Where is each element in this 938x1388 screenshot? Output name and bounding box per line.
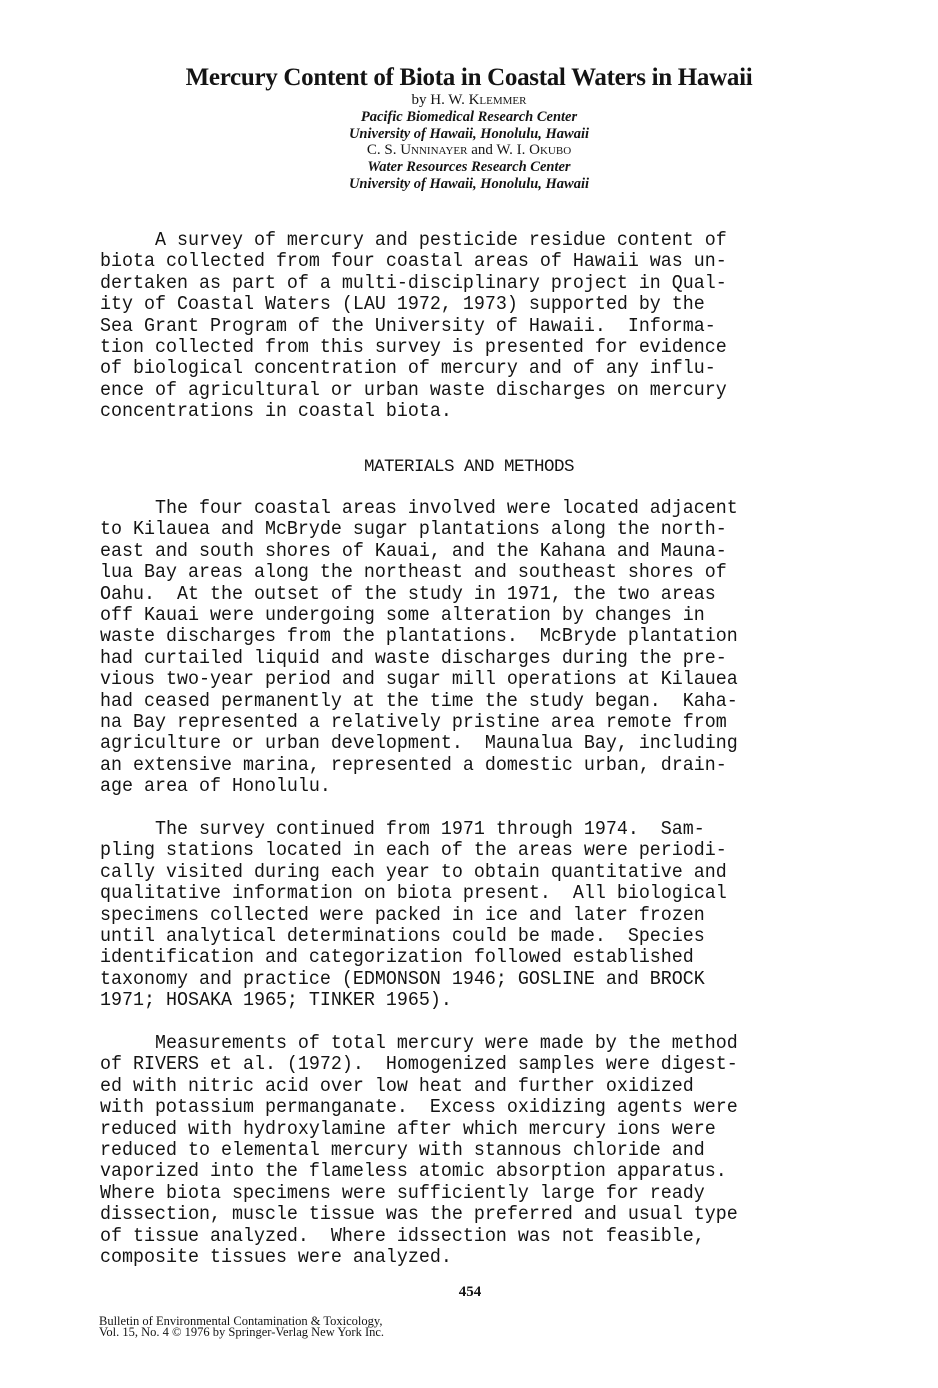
- section-heading: MATERIALS AND METHODS: [100, 457, 838, 477]
- affiliation-line: Water Resources Research Center: [100, 159, 838, 176]
- author-surname: Okubo: [529, 142, 571, 158]
- author-line-2: C. S. Unninayer and W. I. Okubo: [100, 142, 838, 159]
- author-conjunction: and W. I.: [467, 142, 529, 158]
- methods-paragraph-1: The four coastal areas involved were loc…: [100, 498, 826, 798]
- methods-paragraph-2: The survey continued from 1971 through 1…: [100, 819, 826, 1012]
- author-initials: C. S.: [367, 142, 400, 158]
- footer-line-2: Vol. 15, No. 4 © 1976 by Springer-Verlag…: [99, 1327, 384, 1338]
- byline-prefix: by H. W.: [412, 92, 469, 108]
- article-header: Mercury Content of Biota in Coastal Wate…: [100, 64, 838, 192]
- document-page: Mercury Content of Biota in Coastal Wate…: [0, 0, 938, 1388]
- article-title: Mercury Content of Biota in Coastal Wate…: [100, 64, 838, 92]
- methods-paragraph-3: Measurements of total mercury were made …: [100, 1033, 826, 1268]
- affiliation-line: Pacific Biomedical Research Center: [100, 109, 838, 126]
- affiliation-line: University of Hawaii, Honolulu, Hawaii: [100, 126, 838, 143]
- affiliation-line: University of Hawaii, Honolulu, Hawaii: [100, 176, 838, 193]
- journal-footer: Bulletin of Environmental Contamination …: [99, 1316, 384, 1338]
- author-surname: Klemmer: [469, 92, 527, 108]
- author-surname: Unninayer: [400, 142, 467, 158]
- author-line-1: by H. W. Klemmer: [100, 92, 838, 109]
- intro-paragraph: A survey of mercury and pesticide residu…: [100, 230, 826, 423]
- page-number: 454: [440, 1284, 500, 1301]
